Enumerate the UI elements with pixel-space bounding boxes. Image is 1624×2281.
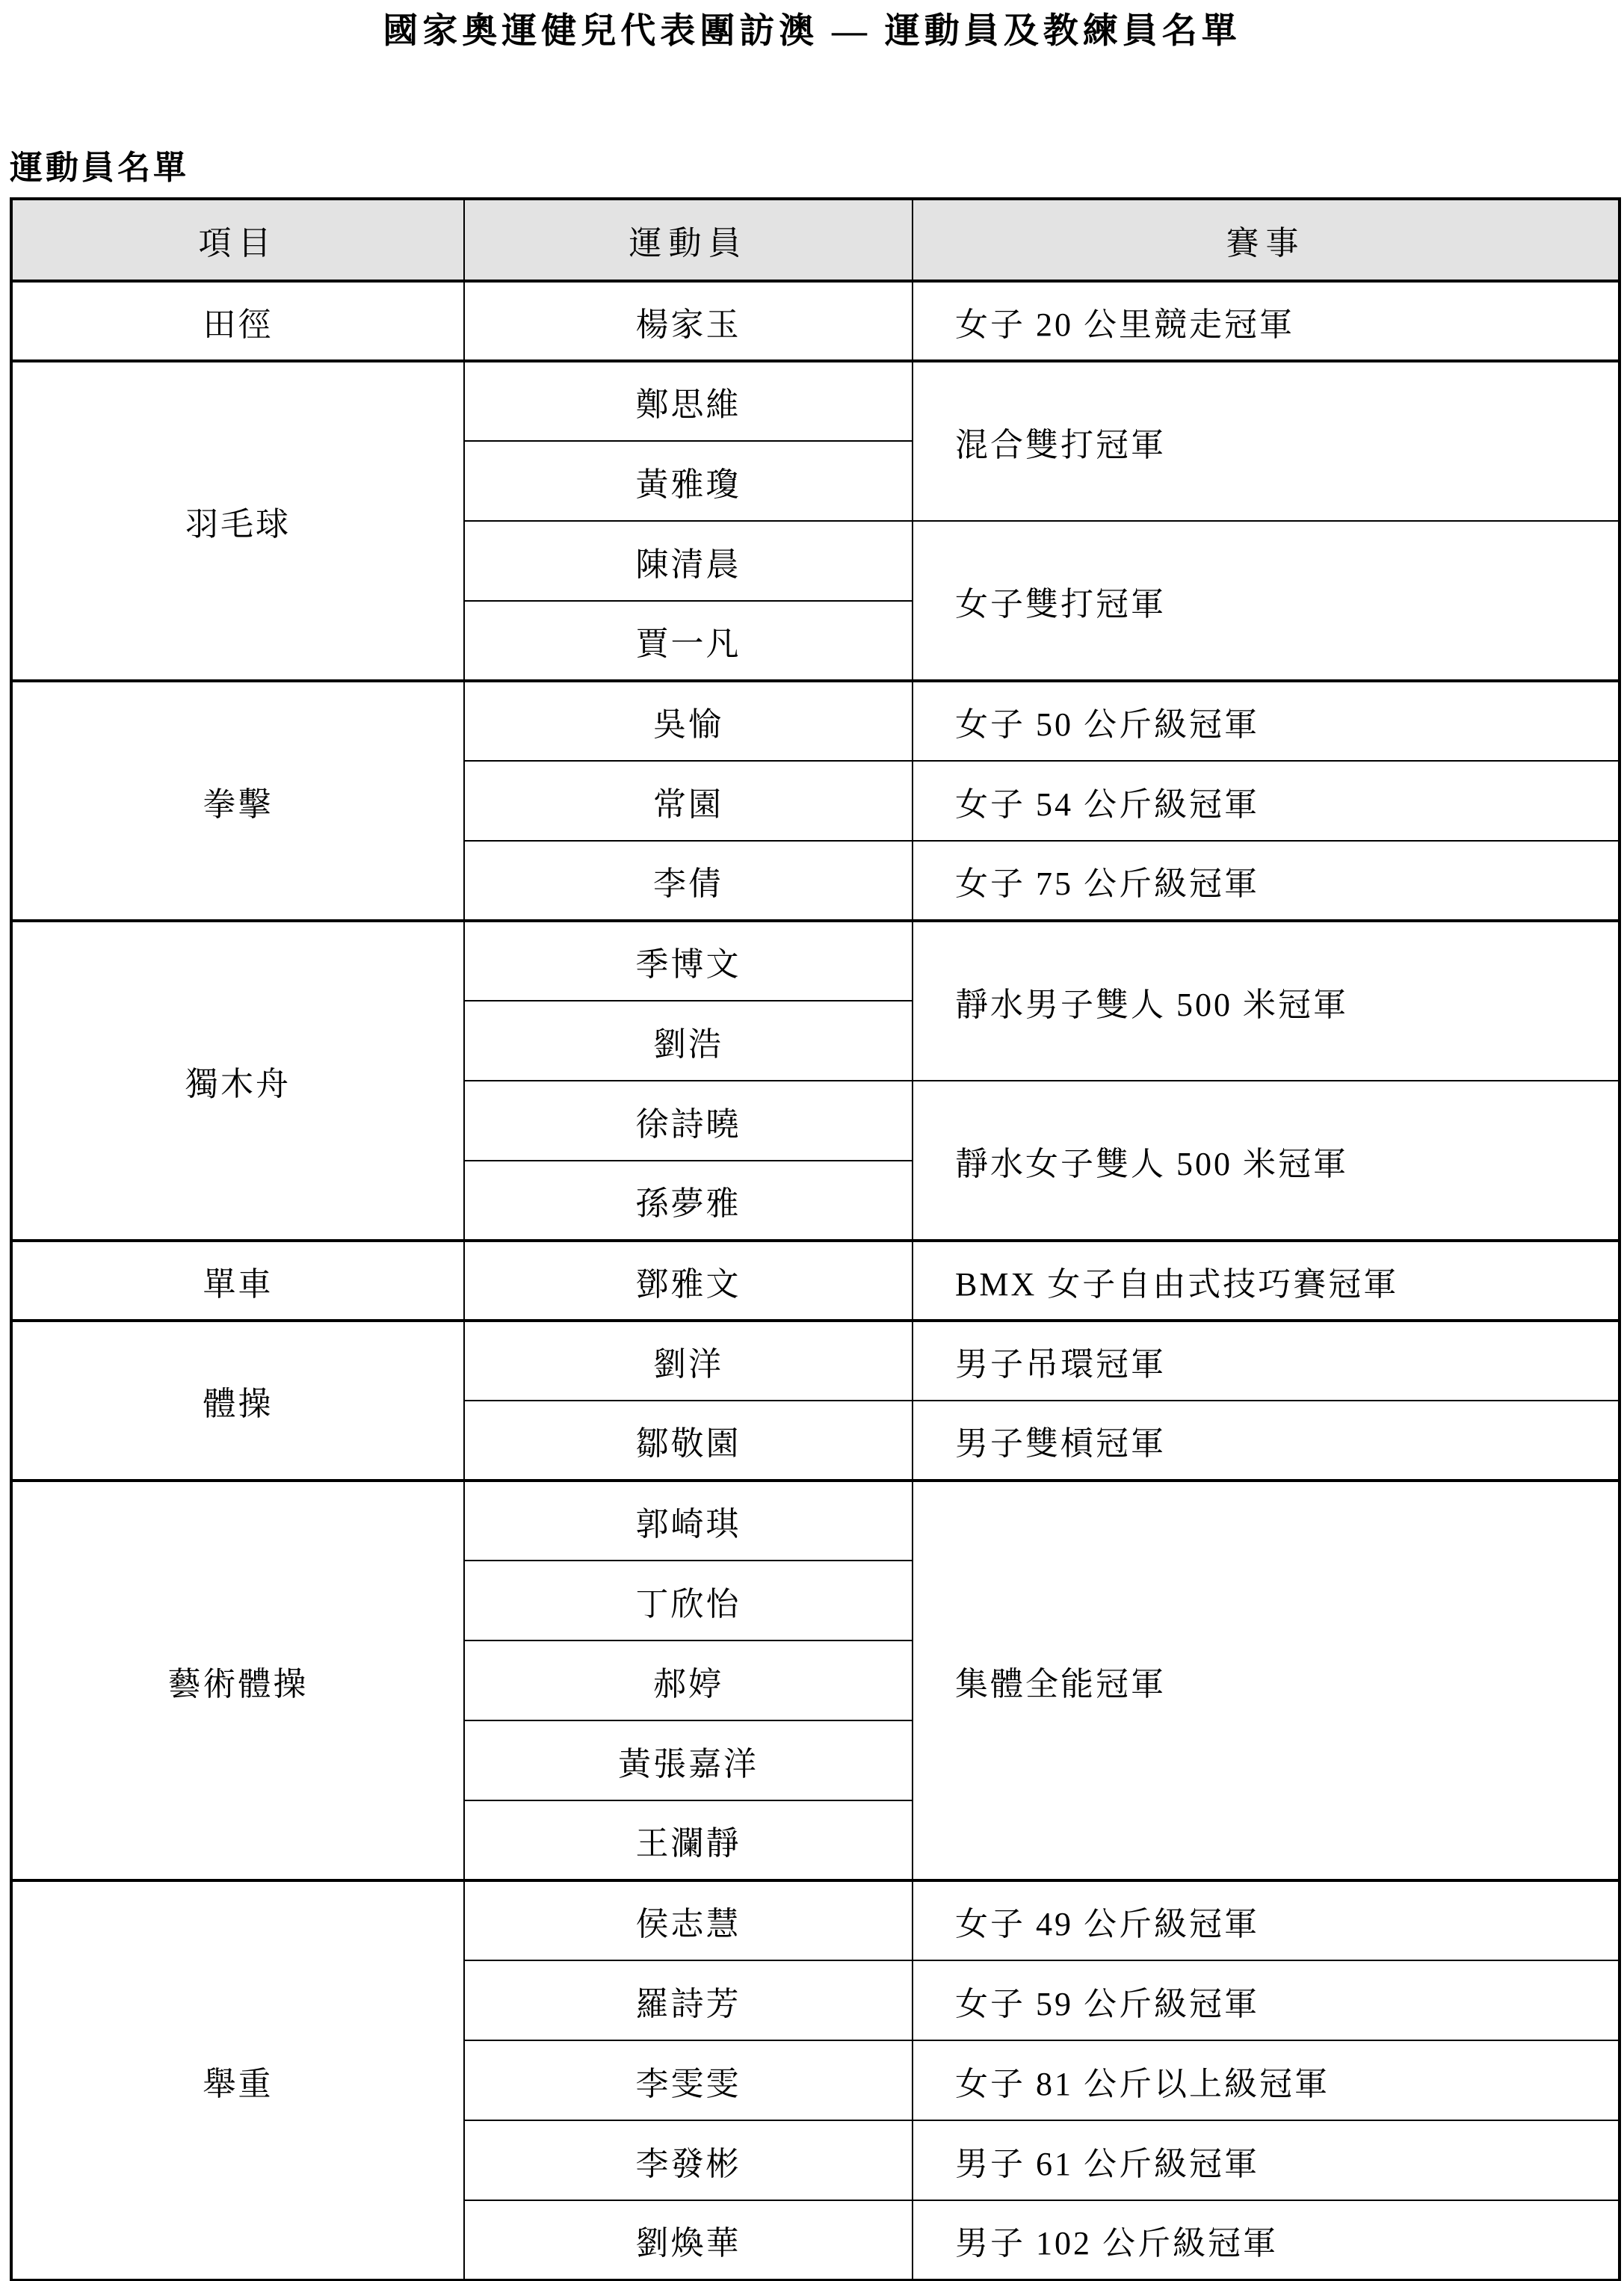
section-heading-athlete-list: 運動員名單 (10, 149, 1624, 187)
sport-cell: 藝術體操 (11, 1481, 464, 1880)
athlete-cell: 常園 (464, 761, 913, 841)
event-cell: 女子 54 公斤級冠軍 (913, 761, 1620, 841)
athlete-cell: 劉浩 (464, 1001, 913, 1081)
athlete-cell: 黃張嘉洋 (464, 1720, 913, 1800)
table-row: 藝術體操郭崎琪集體全能冠軍 (11, 1481, 1620, 1561)
column-header-athlete: 運動員 (464, 199, 913, 281)
sport-cell: 田徑 (11, 281, 464, 361)
table-row: 單車鄧雅文BMX 女子自由式技巧賽冠軍 (11, 1241, 1620, 1321)
event-cell: 女子 49 公斤級冠軍 (913, 1880, 1620, 1960)
table-row: 舉重侯志慧女子 49 公斤級冠軍 (11, 1880, 1620, 1960)
athlete-cell: 楊家玉 (464, 281, 913, 361)
sport-cell: 羽毛球 (11, 361, 464, 681)
event-cell: 女子 20 公里競走冠軍 (913, 281, 1620, 361)
athlete-cell: 鄭思維 (464, 361, 913, 441)
athlete-cell: 鄒敬園 (464, 1401, 913, 1481)
athlete-cell: 陳清晨 (464, 521, 913, 601)
event-cell: 女子雙打冠軍 (913, 521, 1620, 681)
event-cell: 男子雙槓冠軍 (913, 1401, 1620, 1481)
athlete-cell: 劉煥華 (464, 2200, 913, 2280)
athlete-cell: 鄧雅文 (464, 1241, 913, 1321)
event-cell: 女子 59 公斤級冠軍 (913, 1960, 1620, 2040)
table-row: 羽毛球鄭思維混合雙打冠軍 (11, 361, 1620, 441)
column-header-sport: 項目 (11, 199, 464, 281)
table-row: 獨木舟季博文靜水男子雙人 500 米冠軍 (11, 921, 1620, 1001)
athlete-cell: 李倩 (464, 841, 913, 921)
athlete-cell: 孫夢雅 (464, 1161, 913, 1241)
athlete-cell: 吳愉 (464, 681, 913, 761)
athlete-cell: 侯志慧 (464, 1880, 913, 1960)
event-cell: 靜水女子雙人 500 米冠軍 (913, 1081, 1620, 1241)
athlete-cell: 黃雅瓊 (464, 441, 913, 521)
event-cell: 集體全能冠軍 (913, 1481, 1620, 1880)
athlete-cell: 郝婷 (464, 1640, 913, 1720)
athlete-cell: 李雯雯 (464, 2040, 913, 2120)
athlete-cell: 賈一凡 (464, 601, 913, 681)
event-cell: 男子吊環冠軍 (913, 1321, 1620, 1401)
event-cell: 女子 81 公斤以上級冠軍 (913, 2040, 1620, 2120)
athlete-table: 項目 運動員 賽事 田徑楊家玉女子 20 公里競走冠軍羽毛球鄭思維混合雙打冠軍黃… (10, 197, 1621, 2281)
event-cell: 男子 102 公斤級冠軍 (913, 2200, 1620, 2280)
athlete-cell: 季博文 (464, 921, 913, 1001)
sport-cell: 獨木舟 (11, 921, 464, 1241)
athlete-cell: 李發彬 (464, 2120, 913, 2200)
event-cell: 女子 50 公斤級冠軍 (913, 681, 1620, 761)
table-header-row: 項目 運動員 賽事 (11, 199, 1620, 281)
sport-cell: 單車 (11, 1241, 464, 1321)
athlete-cell: 羅詩芳 (464, 1960, 913, 2040)
athlete-table-body: 田徑楊家玉女子 20 公里競走冠軍羽毛球鄭思維混合雙打冠軍黃雅瓊陳清晨女子雙打冠… (11, 281, 1620, 2280)
event-cell: 女子 75 公斤級冠軍 (913, 841, 1620, 921)
table-row: 田徑楊家玉女子 20 公里競走冠軍 (11, 281, 1620, 361)
table-row: 拳擊吳愉女子 50 公斤級冠軍 (11, 681, 1620, 761)
column-header-event: 賽事 (913, 199, 1620, 281)
event-cell: 靜水男子雙人 500 米冠軍 (913, 921, 1620, 1081)
athlete-cell: 郭崎琪 (464, 1481, 913, 1561)
event-cell: BMX 女子自由式技巧賽冠軍 (913, 1241, 1620, 1321)
table-row: 體操劉洋男子吊環冠軍 (11, 1321, 1620, 1401)
event-cell: 混合雙打冠軍 (913, 361, 1620, 521)
sport-cell: 舉重 (11, 1880, 464, 2280)
athlete-cell: 丁欣怡 (464, 1561, 913, 1640)
athlete-cell: 徐詩曉 (464, 1081, 913, 1161)
sport-cell: 拳擊 (11, 681, 464, 921)
athlete-cell: 王瀾靜 (464, 1800, 913, 1880)
sport-cell: 體操 (11, 1321, 464, 1481)
athlete-cell: 劉洋 (464, 1321, 913, 1401)
event-cell: 男子 61 公斤級冠軍 (913, 2120, 1620, 2200)
page-title: 國家奧運健兒代表團訪澳 — 運動員及教練員名單 (0, 0, 1624, 51)
